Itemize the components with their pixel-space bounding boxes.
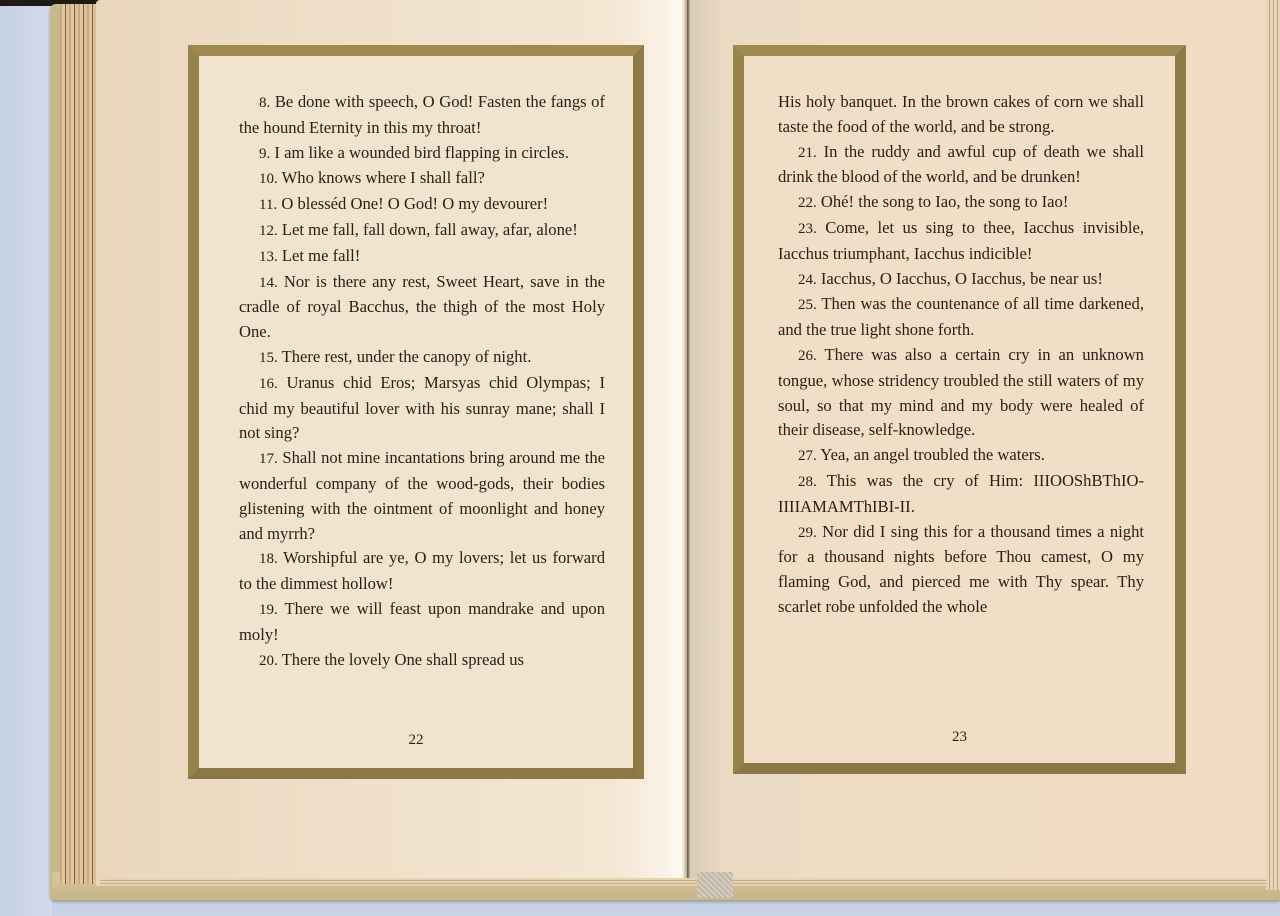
paragraph: 14. Nor is there any rest, Sweet Heart, … (239, 270, 605, 345)
verse-text: There was also a certain cry in an unkno… (778, 345, 1144, 439)
verse-number: 23. (798, 221, 817, 237)
verse-text: Worshipful are ye, O my lovers; let us f… (239, 548, 605, 593)
verse-text: There the lovely One shall spread us (282, 650, 524, 669)
paragraph: 23. Come, let us sing to thee, Iacchus i… (778, 216, 1144, 267)
verse-text: Yea, an angel troubled the waters. (820, 445, 1045, 464)
verse-text: Ohé! the song to Iao, the song to Iao! (821, 192, 1068, 211)
background (0, 6, 52, 916)
paragraph: 18. Worshipful are ye, O my lovers; let … (239, 546, 605, 597)
paragraph: 21. In the ruddy and awful cup of death … (778, 140, 1144, 191)
page-number: 22 (199, 732, 633, 749)
verse-text: Nor is there any rest, Sweet Heart, save… (239, 272, 605, 342)
right-page-text-area: His holy banquet. In the brown cakes of … (744, 56, 1175, 763)
verse-number: 8. (259, 95, 270, 111)
verse-number: 18. (259, 551, 278, 567)
right-page-border-frame: His holy banquet. In the brown cakes of … (733, 45, 1186, 774)
verse-number: 17. (259, 451, 278, 467)
paragraph: 26. There was also a certain cry in an u… (778, 343, 1144, 443)
paragraph: 10. Who knows where I shall fall? (239, 166, 605, 192)
paragraph: 9. I am like a wounded bird flapping in … (239, 141, 605, 167)
paragraph: 22. Ohé! the song to Iao, the song to Ia… (778, 190, 1144, 216)
verse-number: 9. (259, 146, 270, 162)
paragraph: 24. Iacchus, O Iacchus, O Iacchus, be ne… (778, 267, 1144, 293)
paragraph: 16. Uranus chid Eros; Marsyas chid Olymp… (239, 371, 605, 446)
verse-number: 10. (259, 171, 278, 187)
verse-number: 22. (798, 195, 817, 211)
verse-text: Then was the countenance of all time dar… (778, 294, 1144, 339)
verse-number: 27. (798, 448, 817, 464)
verse-number: 15. (259, 350, 278, 366)
verse-number: 20. (259, 653, 278, 669)
verse-number: 29. (798, 525, 817, 541)
right-page-body: His holy banquet. In the brown cakes of … (778, 90, 1144, 620)
paragraph: 15. There rest, under the canopy of nigh… (239, 345, 605, 371)
book-gutter (682, 0, 690, 886)
page-bottom-edge (100, 878, 1276, 886)
verse-text: In the ruddy and awful cup of death we s… (778, 142, 1144, 187)
verse-number: 21. (798, 145, 817, 161)
page-number: 23 (744, 729, 1175, 746)
verse-number: 11. (259, 197, 277, 213)
continued-paragraph: His holy banquet. In the brown cakes of … (778, 90, 1144, 140)
verse-number: 16. (259, 376, 278, 392)
verse-text: Be done with speech, O God! Fasten the f… (239, 92, 605, 137)
verse-number: 25. (798, 297, 817, 313)
verse-text: Nor did I sing this for a thousand times… (778, 522, 1144, 616)
left-page-text-area: 8. Be done with speech, O God! Fasten th… (199, 56, 633, 768)
verse-text: O blesséd One! O God! O my devourer! (281, 194, 548, 213)
paragraph: 19. There we will feast upon mandrake an… (239, 597, 605, 648)
paragraph: 20. There the lovely One shall spread us (239, 648, 605, 674)
paragraph: 28. This was the cry of Him: IIIOOShBThI… (778, 469, 1144, 520)
left-page-body: 8. Be done with speech, O God! Fasten th… (239, 90, 605, 673)
verse-number: 12. (259, 223, 278, 239)
paragraph: 29. Nor did I sing this for a thousand t… (778, 520, 1144, 620)
verse-text: There rest, under the canopy of night. (282, 347, 532, 366)
verse-number: 19. (259, 602, 278, 618)
verse-text: This was the cry of Him: IIIOOShBThIO-II… (778, 471, 1144, 516)
paragraph: 8. Be done with speech, O God! Fasten th… (239, 90, 605, 141)
verse-text: Iacchus, O Iacchus, O Iacchus, be near u… (821, 269, 1103, 288)
verse-text: Who knows where I shall fall? (282, 168, 485, 187)
verse-number: 26. (798, 348, 817, 364)
verse-number: 28. (798, 474, 817, 490)
verse-text: Uranus chid Eros; Marsyas chid Olympas; … (239, 373, 605, 443)
paragraph: 27. Yea, an angel troubled the waters. (778, 443, 1144, 469)
verse-number: 14. (259, 275, 278, 291)
ribbon-bookmark (697, 872, 733, 898)
paragraph: 12. Let me fall, fall down, fall away, a… (239, 218, 605, 244)
page-stack-right-edge (1266, 0, 1280, 890)
verse-text: Let me fall, fall down, fall away, afar,… (282, 220, 578, 239)
verse-number: 13. (259, 249, 278, 265)
verse-text: There we will feast upon mandrake and up… (239, 599, 605, 644)
verse-text: I am like a wounded bird flapping in cir… (274, 143, 568, 162)
paragraph: 25. Then was the countenance of all time… (778, 292, 1144, 343)
page-stack-edge (60, 4, 100, 884)
left-page-border-frame: 8. Be done with speech, O God! Fasten th… (188, 45, 644, 779)
paragraph: 17. Shall not mine incantations bring ar… (239, 446, 605, 546)
verse-text: Shall not mine incantations bring around… (239, 448, 605, 542)
verse-text: Come, let us sing to thee, Iacchus invis… (778, 218, 1144, 263)
verse-text: Let me fall! (282, 246, 360, 265)
paragraph: 13. Let me fall! (239, 244, 605, 270)
verse-number: 24. (798, 272, 817, 288)
paragraph: 11. O blesséd One! O God! O my devourer! (239, 192, 605, 218)
